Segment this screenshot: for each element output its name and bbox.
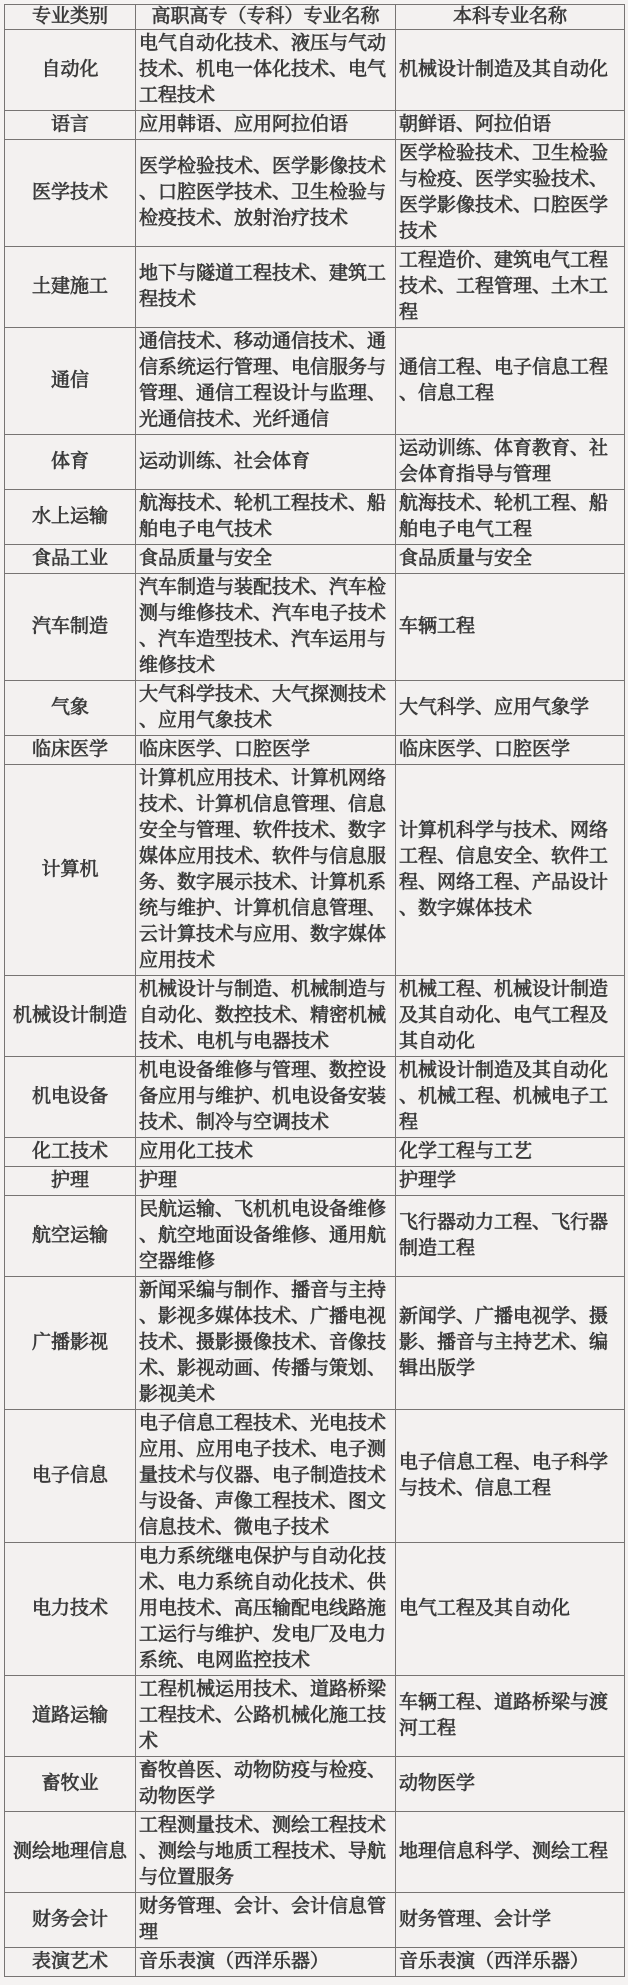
zhuanke-majors-cell: 电气自动化技术、液压与气动技术、机电一体化技术、电气工程技术 [136,30,396,111]
benke-majors-cell: 朝鲜语、阿拉伯语 [396,111,625,140]
zhuanke-majors-cell: 运动训练、社会体育 [136,435,396,490]
category-cell: 土建施工 [5,247,136,328]
table-row: 土建施工地下与隧道工程技术、建筑工程技术工程造价、建筑电气工程技术、工程管理、土… [5,247,625,328]
category-cell: 电子信息 [5,1410,136,1543]
zhuanke-majors-cell: 财务管理、会计、会计信息管理 [136,1893,396,1948]
table-row: 电力技术电力系统继电保护与自动化技术、电力系统自动化技术、供用电技术、高压输配电… [5,1543,625,1676]
table-row: 电子信息电子信息工程技术、光电技术应用、应用电子技术、电子测量技术与仪器、电子制… [5,1410,625,1543]
zhuanke-majors-cell: 音乐表演（西洋乐器） [136,1948,396,1977]
category-cell: 水上运输 [5,490,136,545]
table-row: 食品工业食品质量与安全食品质量与安全 [5,545,625,574]
table-row: 广播影视新闻采编与制作、播音与主持、影视多媒体技术、广播电视技术、摄影摄像技术、… [5,1277,625,1410]
zhuanke-majors-cell: 医学检验技术、医学影像技术、口腔医学技术、卫生检验与检疫技术、放射治疗技术 [136,140,396,247]
table-body: 自动化电气自动化技术、液压与气动技术、机电一体化技术、电气工程技术机械设计制造及… [5,30,625,1977]
benke-majors-cell: 车辆工程、道路桥梁与渡河工程 [396,1676,625,1757]
header-category: 专业类别 [5,5,136,30]
category-cell: 机电设备 [5,1057,136,1138]
header-benke: 本科专业名称 [396,5,625,30]
benke-majors-cell: 电子信息工程、电子科学与技术、信息工程 [396,1410,625,1543]
category-cell: 机械设计制造 [5,976,136,1057]
category-cell: 畜牧业 [5,1757,136,1812]
category-cell: 表演艺术 [5,1948,136,1977]
benke-majors-cell: 飞行器动力工程、飞行器制造工程 [396,1196,625,1277]
category-cell: 测绘地理信息 [5,1812,136,1893]
table-row: 计算机计算机应用技术、计算机网络技术、计算机信息管理、信息安全与管理、软件技术、… [5,765,625,976]
category-cell: 汽车制造 [5,574,136,681]
table-row: 体育运动训练、社会体育运动训练、体育教育、社会体育指导与管理 [5,435,625,490]
table-row: 临床医学临床医学、口腔医学临床医学、口腔医学 [5,736,625,765]
zhuanke-majors-cell: 畜牧兽医、动物防疫与检疫、动物医学 [136,1757,396,1812]
category-cell: 通信 [5,328,136,435]
benke-majors-cell: 计算机科学与技术、网络工程、信息安全、软件工程、网络工程、产品设计、数字媒体技术 [396,765,625,976]
zhuanke-majors-cell: 汽车制造与装配技术、汽车检测与维修技术、汽车电子技术、汽车造型技术、汽车运用与维… [136,574,396,681]
benke-majors-cell: 护理学 [396,1167,625,1196]
benke-majors-cell: 地理信息科学、测绘工程 [396,1812,625,1893]
zhuanke-majors-cell: 护理 [136,1167,396,1196]
benke-majors-cell: 通信工程、电子信息工程、信息工程 [396,328,625,435]
zhuanke-majors-cell: 航海技术、轮机工程技术、船舶电子电气技术 [136,490,396,545]
category-cell: 财务会计 [5,1893,136,1948]
benke-majors-cell: 动物医学 [396,1757,625,1812]
table-row: 畜牧业畜牧兽医、动物防疫与检疫、动物医学动物医学 [5,1757,625,1812]
header-zhuanke: 高职高专（专科）专业名称 [136,5,396,30]
category-cell: 护理 [5,1167,136,1196]
category-cell: 自动化 [5,30,136,111]
table-row: 护理护理护理学 [5,1167,625,1196]
table-row: 化工技术应用化工技术化学工程与工艺 [5,1138,625,1167]
zhuanke-majors-cell: 电力系统继电保护与自动化技术、电力系统自动化技术、供用电技术、高压输配电线路施工… [136,1543,396,1676]
header-row: 专业类别 高职高专（专科）专业名称 本科专业名称 [5,5,625,30]
benke-majors-cell: 大气科学、应用气象学 [396,681,625,736]
benke-majors-cell: 化学工程与工艺 [396,1138,625,1167]
benke-majors-cell: 音乐表演（西洋乐器） [396,1948,625,1977]
zhuanke-majors-cell: 机电设备维修与管理、数控设备应用与维护、机电设备安装技术、制冷与空调技术 [136,1057,396,1138]
benke-majors-cell: 食品质量与安全 [396,545,625,574]
benke-majors-cell: 临床医学、口腔医学 [396,736,625,765]
zhuanke-majors-cell: 电子信息工程技术、光电技术应用、应用电子技术、电子测量技术与仪器、电子制造技术与… [136,1410,396,1543]
table-row: 医学技术医学检验技术、医学影像技术、口腔医学技术、卫生检验与检疫技术、放射治疗技… [5,140,625,247]
benke-majors-cell: 机械设计制造及其自动化 [396,30,625,111]
category-cell: 广播影视 [5,1277,136,1410]
zhuanke-majors-cell: 机械设计与制造、机械制造与自动化、数控技术、精密机械技术、电机与电器技术 [136,976,396,1057]
table-row: 测绘地理信息工程测量技术、测绘工程技术、测绘与地质工程技术、导航与位置服务地理信… [5,1812,625,1893]
table-row: 财务会计财务管理、会计、会计信息管理财务管理、会计学 [5,1893,625,1948]
category-cell: 化工技术 [5,1138,136,1167]
category-cell: 气象 [5,681,136,736]
benke-majors-cell: 医学检验技术、卫生检验与检疫、医学实验技术、医学影像技术、口腔医学技术 [396,140,625,247]
zhuanke-majors-cell: 工程测量技术、测绘工程技术、测绘与地质工程技术、导航与位置服务 [136,1812,396,1893]
category-cell: 语言 [5,111,136,140]
category-cell: 临床医学 [5,736,136,765]
zhuanke-majors-cell: 食品质量与安全 [136,545,396,574]
zhuanke-majors-cell: 大气科学技术、大气探测技术、应用气象技术 [136,681,396,736]
table-row: 道路运输工程机械运用技术、道路桥梁工程技术、公路机械化施工技术车辆工程、道路桥梁… [5,1676,625,1757]
benke-majors-cell: 电气工程及其自动化 [396,1543,625,1676]
category-cell: 体育 [5,435,136,490]
table-row: 语言应用韩语、应用阿拉伯语朝鲜语、阿拉伯语 [5,111,625,140]
category-cell: 医学技术 [5,140,136,247]
category-cell: 电力技术 [5,1543,136,1676]
table-row: 气象大气科学技术、大气探测技术、应用气象技术大气科学、应用气象学 [5,681,625,736]
benke-majors-cell: 车辆工程 [396,574,625,681]
zhuanke-majors-cell: 民航运输、飞机机电设备维修、航空地面设备维修、通用航空器维修 [136,1196,396,1277]
table-row: 自动化电气自动化技术、液压与气动技术、机电一体化技术、电气工程技术机械设计制造及… [5,30,625,111]
benke-majors-cell: 工程造价、建筑电气工程技术、工程管理、土木工程 [396,247,625,328]
benke-majors-cell: 机械设计制造及其自动化、机械工程、机械电子工程 [396,1057,625,1138]
zhuanke-majors-cell: 通信技术、移动通信技术、通信系统运行管理、电信服务与管理、通信工程设计与监理、光… [136,328,396,435]
major-mapping-table: 专业类别 高职高专（专科）专业名称 本科专业名称 自动化电气自动化技术、液压与气… [4,4,625,1977]
category-cell: 道路运输 [5,1676,136,1757]
table-row: 表演艺术音乐表演（西洋乐器）音乐表演（西洋乐器） [5,1948,625,1977]
document-page: 专业类别 高职高专（专科）专业名称 本科专业名称 自动化电气自动化技术、液压与气… [0,0,628,1985]
benke-majors-cell: 新闻学、广播电视学、摄影、播音与主持艺术、编辑出版学 [396,1277,625,1410]
benke-majors-cell: 财务管理、会计学 [396,1893,625,1948]
benke-majors-cell: 运动训练、体育教育、社会体育指导与管理 [396,435,625,490]
table-row: 通信通信技术、移动通信技术、通信系统运行管理、电信服务与管理、通信工程设计与监理… [5,328,625,435]
zhuanke-majors-cell: 应用韩语、应用阿拉伯语 [136,111,396,140]
table-row: 汽车制造汽车制造与装配技术、汽车检测与维修技术、汽车电子技术、汽车造型技术、汽车… [5,574,625,681]
benke-majors-cell: 机械工程、机械设计制造及其自动化、电气工程及其自动化 [396,976,625,1057]
category-cell: 航空运输 [5,1196,136,1277]
zhuanke-majors-cell: 计算机应用技术、计算机网络技术、计算机信息管理、信息安全与管理、软件技术、数字媒… [136,765,396,976]
table-row: 机械设计制造机械设计与制造、机械制造与自动化、数控技术、精密机械技术、电机与电器… [5,976,625,1057]
category-cell: 计算机 [5,765,136,976]
zhuanke-majors-cell: 应用化工技术 [136,1138,396,1167]
zhuanke-majors-cell: 临床医学、口腔医学 [136,736,396,765]
zhuanke-majors-cell: 新闻采编与制作、播音与主持、影视多媒体技术、广播电视技术、摄影摄像技术、音像技术… [136,1277,396,1410]
table-row: 航空运输民航运输、飞机机电设备维修、航空地面设备维修、通用航空器维修飞行器动力工… [5,1196,625,1277]
zhuanke-majors-cell: 地下与隧道工程技术、建筑工程技术 [136,247,396,328]
benke-majors-cell: 航海技术、轮机工程、船舶电子电气工程 [396,490,625,545]
zhuanke-majors-cell: 工程机械运用技术、道路桥梁工程技术、公路机械化施工技术 [136,1676,396,1757]
category-cell: 食品工业 [5,545,136,574]
table-row: 水上运输航海技术、轮机工程技术、船舶电子电气技术航海技术、轮机工程、船舶电子电气… [5,490,625,545]
table-row: 机电设备机电设备维修与管理、数控设备应用与维护、机电设备安装技术、制冷与空调技术… [5,1057,625,1138]
